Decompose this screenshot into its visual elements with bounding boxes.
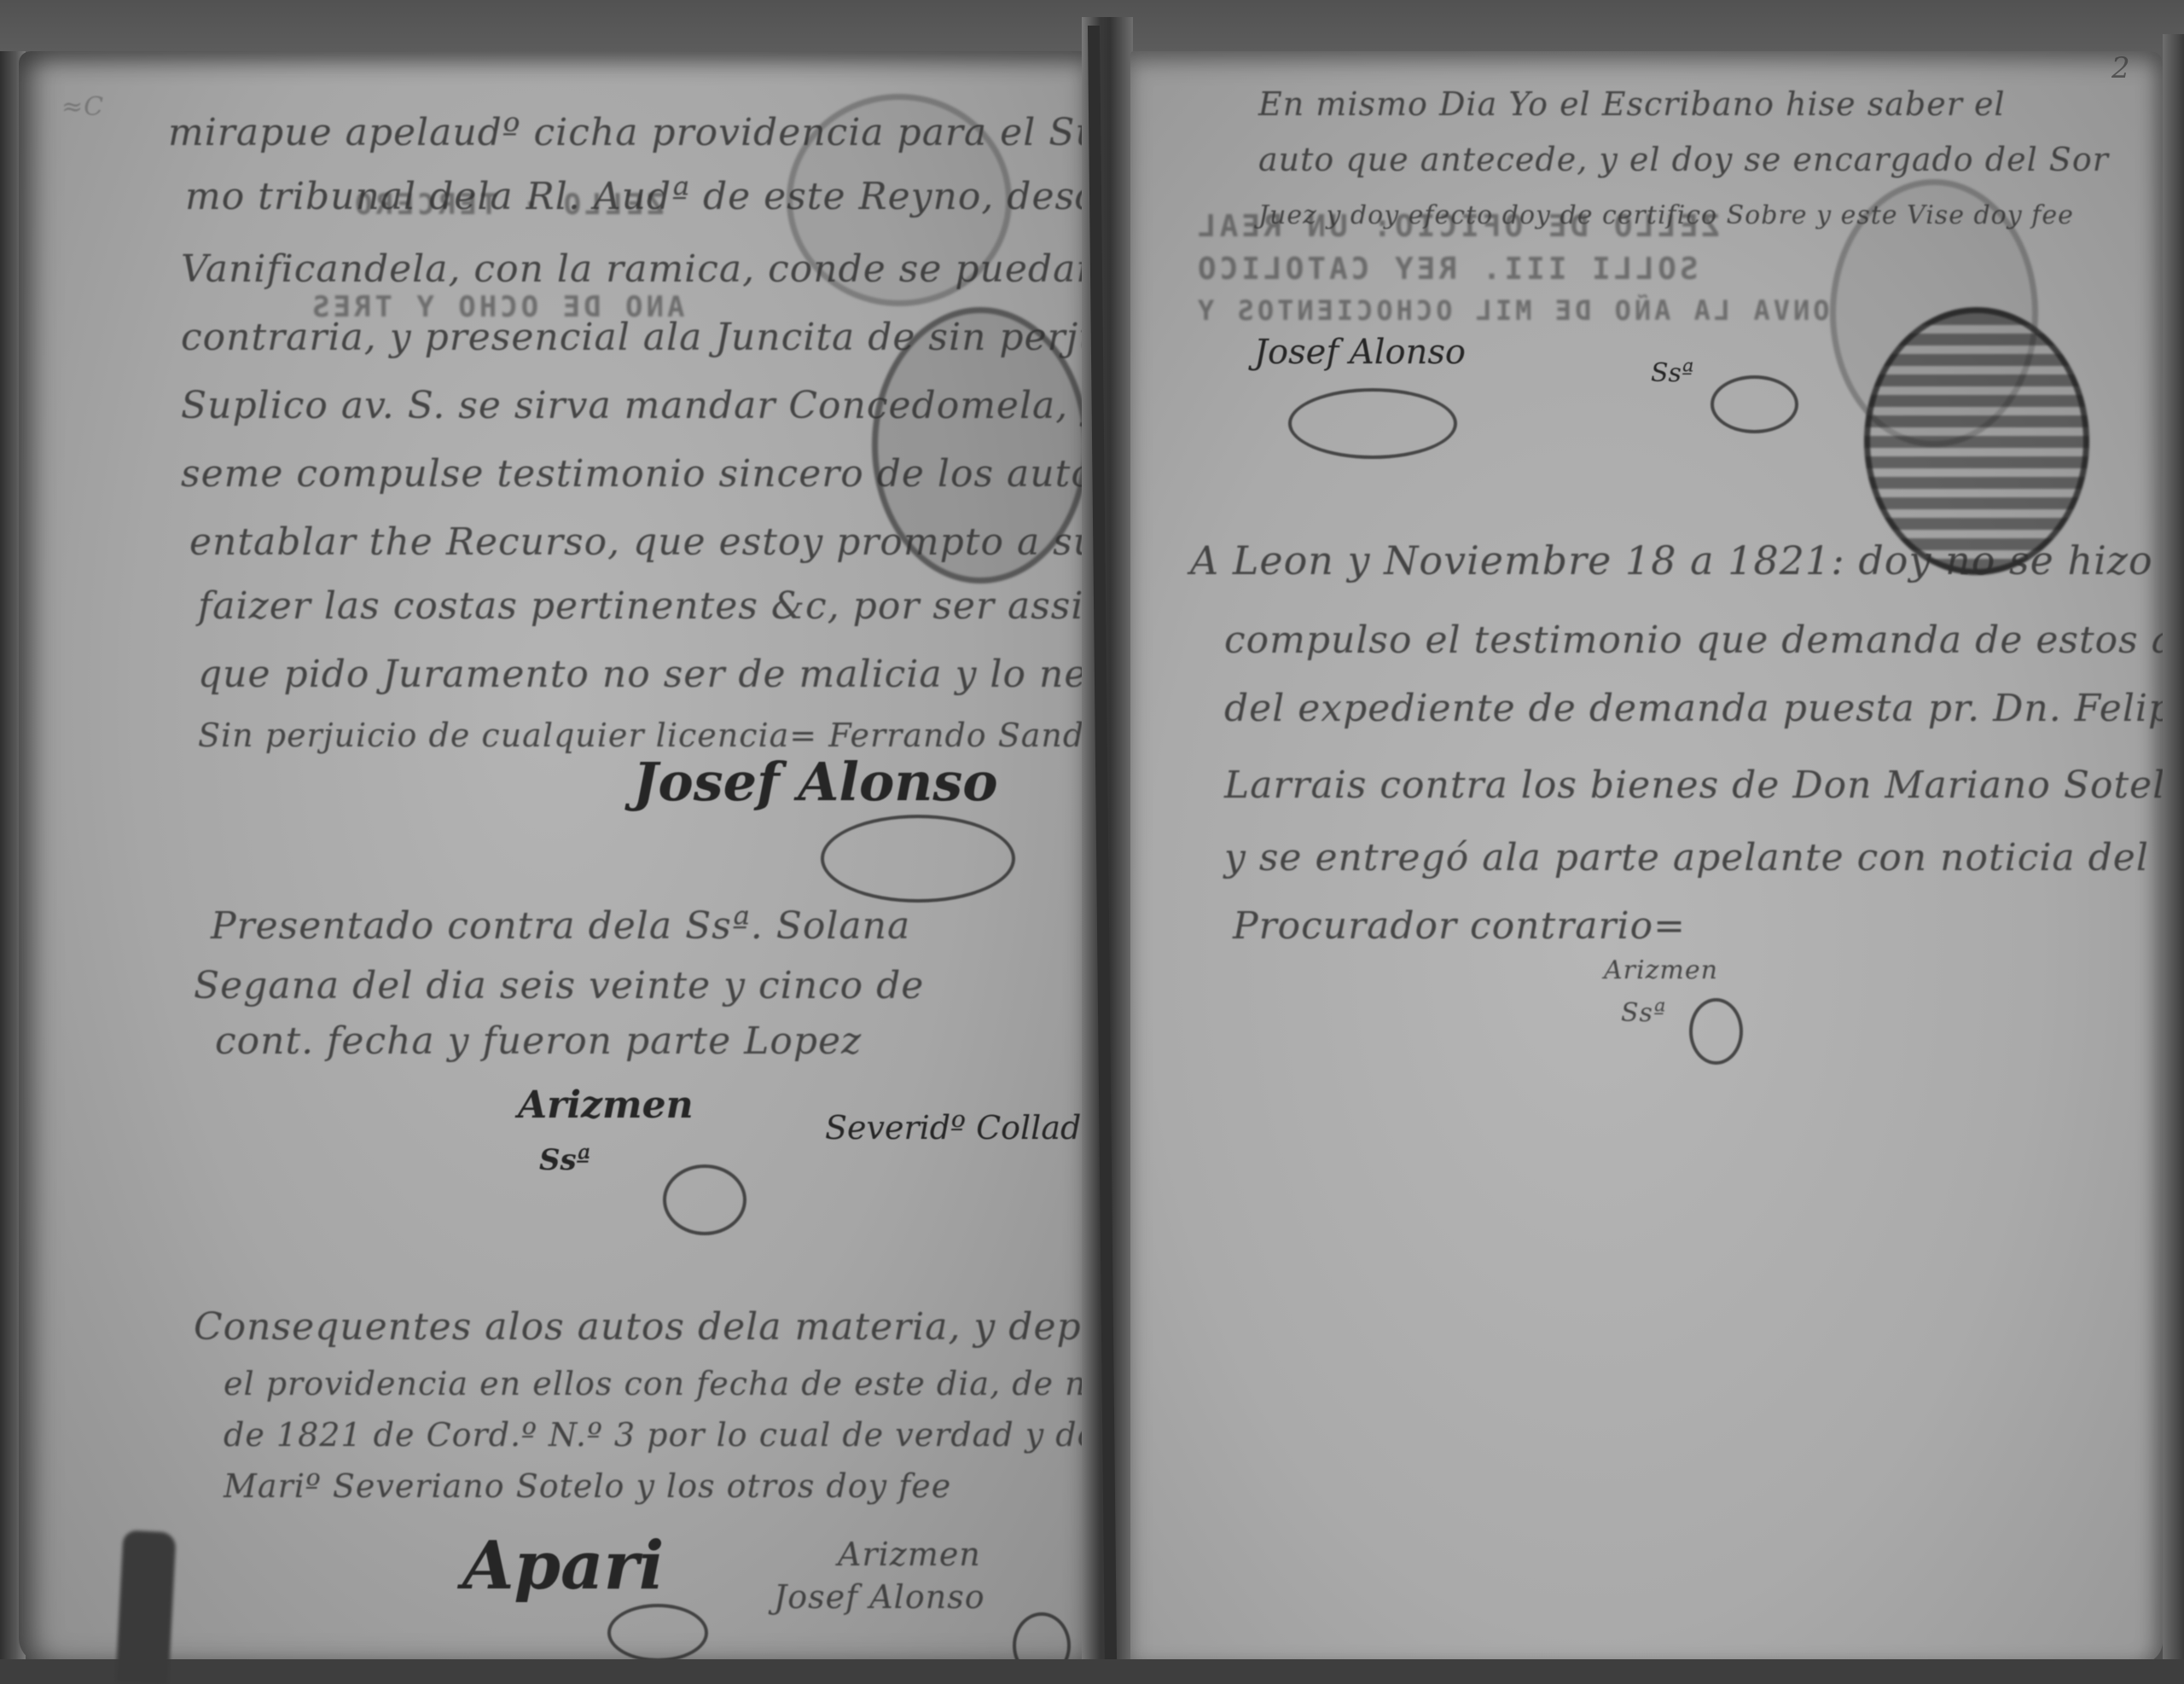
left-line-3: Vanificandela, con la ramica, conde se p… <box>181 247 1085 291</box>
left-notary-line-2: el providencia en ellos con fecha de est… <box>224 1365 1085 1402</box>
left-signature-flourish-1 <box>821 815 1015 903</box>
left-line-8: faizer las costas pertinentes &c, por se… <box>198 584 1085 628</box>
left-line-2: mo tribunal dela Rl. Audª de este Reyno,… <box>185 175 1085 218</box>
left-rubric-label: Ssª <box>539 1143 590 1177</box>
left-notary-line-4: Mariº Severiano Sotelo y los otros doy f… <box>224 1467 951 1505</box>
book-right-edge <box>2163 34 2184 1672</box>
left-signature-severido: Severidº Collado <box>825 1109 1085 1147</box>
right-signature-mark-2: Ssª <box>1621 998 1666 1028</box>
right-signature-josef-alonso: Josef Alonso <box>1254 333 1466 372</box>
left-line-4: contraria, y presencial ala Juncita de s… <box>181 316 1085 359</box>
left-signature-apari: Apari <box>462 1527 664 1605</box>
left-signature-flourish-3 <box>607 1604 708 1662</box>
right-line-1: En mismo Dia Yo el Escribano hise saber … <box>1258 85 2006 123</box>
left-signature-arizmen: Arizmen <box>518 1083 694 1127</box>
right-signature-mark-1: Ssª <box>1651 358 1693 388</box>
page-number: 2 <box>2111 51 2130 85</box>
left-line-1: mirapue apelaudº cicha providencia para … <box>168 111 1085 154</box>
left-notary-line-3: de 1821 de Cord.º N.º 3 por lo cual de v… <box>224 1416 1085 1454</box>
left-decree-line-1: Presentado contra dela Ssª. Solana <box>211 904 910 948</box>
right-entry-line-6: Procurador contrario= <box>1233 904 1686 948</box>
right-line-2: auto que antecede, y el doy se encargado… <box>1258 141 2109 178</box>
right-rubric-1 <box>1711 375 1798 433</box>
left-line-10: Sin perjuicio de cualquier licencia= Fer… <box>198 717 1085 754</box>
left-signature-josef-alonso: Josef Alonso <box>633 751 998 813</box>
left-signature-arizmen-2: Arizmen <box>838 1536 981 1573</box>
left-decree-line-2: Segana del dia seis veinte y cinco de <box>194 964 924 1007</box>
left-page-end-mark <box>1013 1612 1071 1664</box>
left-line-7: entablar the Recurso, que estoy prompto … <box>189 520 1085 564</box>
left-line-6: seme compulse testimonio sincero de los … <box>181 452 1085 496</box>
right-signature-flourish-1 <box>1288 388 1457 459</box>
right-rubric-2 <box>1689 998 1743 1065</box>
seal-dark-right-page <box>1864 307 2089 575</box>
right-entry-line-3: del expediente de demanda puesta pr. Dn.… <box>1224 687 2163 730</box>
margin-mark: ≈C <box>61 92 104 122</box>
right-page: 2 En mismo Dia Yo el Escribano hise sabe… <box>1130 51 2163 1664</box>
left-signature-josef-alonso-2: Josef Alonso <box>774 1578 985 1616</box>
mirrored-stamp-line-2: SOLLI III. REY CATOLICO <box>1194 252 1699 287</box>
right-entry-line-5: y se entregó ala parte apelante con noti… <box>1224 836 2149 880</box>
left-line-5: Suplico av. S. se sirva mandar Concedome… <box>181 384 1085 427</box>
left-notary-line-1: Consequentes alos autos dela materia, y … <box>194 1305 1085 1349</box>
left-line-9: que pido Juramento no ser de malicia y l… <box>198 653 1085 696</box>
right-entry-line-1: A Leon y Noviembre 18 a 1821: doy no se … <box>1190 537 2153 584</box>
mirrored-stamp-line-3: ONVA LA AÑO DE MIL OCHOCIENTOS Y <box>1194 294 1830 327</box>
finger-holding-page <box>115 1530 176 1684</box>
right-entry-line-4: Larrais contra los bienes de Don Mariano… <box>1224 764 2163 807</box>
left-page: ZELLO · TERCERO ANO DE OCHO Y TRES ≈C mi… <box>19 51 1085 1664</box>
right-signature-arizmen: Arizmen <box>1604 955 1718 985</box>
mirrored-stamp-line-1: ZELLO DE OFICIO: UN REAL <box>1194 209 1720 244</box>
right-entry-line-2: compulso el testimonio que demanda de es… <box>1224 618 2163 662</box>
left-rubric-flourish <box>663 1164 746 1235</box>
book-bottom-edge <box>0 1659 2184 1684</box>
left-decree-line-3: cont. fecha y fueron parte Lopez <box>215 1019 862 1063</box>
